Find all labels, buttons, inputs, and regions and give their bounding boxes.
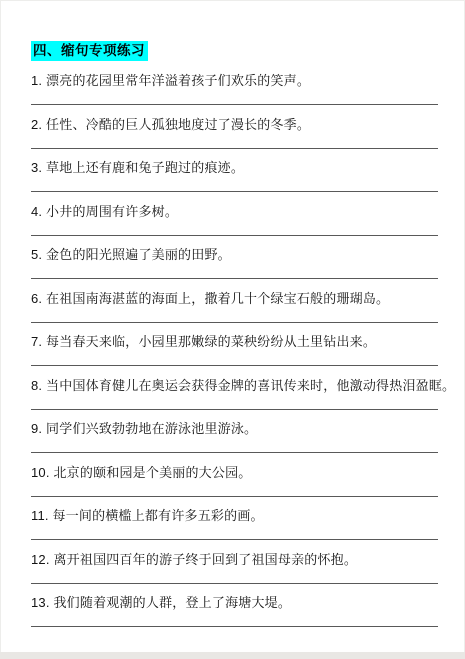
- exercise-item: 4. 小井的周围有许多树。: [31, 203, 464, 236]
- exercise-sentence: 10. 北京的颐和园是个美丽的大公园。: [31, 464, 464, 481]
- exercise-sentence: 7. 每当春天来临，小园里那嫩绿的菜秧纷纷从土里钻出来。: [31, 333, 464, 350]
- exercise-sentence: 9. 同学们兴致勃勃地在游泳池里游泳。: [31, 420, 464, 437]
- document-viewport: { "title": { "text": "四、缩句专项练习", "highli…: [0, 0, 465, 659]
- exercise-sentence: 3. 草地上还有鹿和兔子跑过的痕迹。: [31, 159, 464, 176]
- exercise-item: 8. 当中国体育健儿在奥运会获得金牌的喜讯传来时，他激动得热泪盈眶。: [31, 377, 464, 410]
- page-content: 四、缩句专项练习 1. 漂亮的花园里常年洋溢着孩子们欢乐的笑声。 2. 任性、冷…: [1, 1, 464, 627]
- answer-line: [31, 539, 438, 540]
- exercise-sentence: 12. 离开祖国四百年的游子终于回到了祖国母亲的怀抱。: [31, 551, 464, 568]
- answer-line: [31, 322, 438, 323]
- exercise-sentence: 5. 金色的阳光照遍了美丽的田野。: [31, 246, 464, 263]
- answer-line: [31, 626, 438, 627]
- exercise-item: 13. 我们随着观潮的人群，登上了海塘大堤。: [31, 594, 464, 627]
- answer-line: [31, 148, 438, 149]
- exercise-sentence: 8. 当中国体育健儿在奥运会获得金牌的喜讯传来时，他激动得热泪盈眶。: [31, 377, 464, 394]
- answer-line: [31, 235, 438, 236]
- exercise-sentence: 13. 我们随着观潮的人群，登上了海塘大堤。: [31, 594, 464, 611]
- section-title: 四、缩句专项练习: [31, 41, 148, 61]
- exercise-list: 1. 漂亮的花园里常年洋溢着孩子们欢乐的笑声。 2. 任性、冷酷的巨人孤独地度过…: [31, 72, 464, 627]
- worksheet-page: 四、缩句专项练习 1. 漂亮的花园里常年洋溢着孩子们欢乐的笑声。 2. 任性、冷…: [0, 0, 465, 652]
- answer-line: [31, 409, 438, 410]
- exercise-item: 7. 每当春天来临，小园里那嫩绿的菜秧纷纷从土里钻出来。: [31, 333, 464, 366]
- answer-line: [31, 278, 438, 279]
- answer-line: [31, 365, 438, 366]
- exercise-item: 6. 在祖国南海湛蓝的海面上，撒着几十个绿宝石般的珊瑚岛。: [31, 290, 464, 323]
- exercise-item: 12. 离开祖国四百年的游子终于回到了祖国母亲的怀抱。: [31, 551, 464, 584]
- answer-line: [31, 104, 438, 105]
- exercise-sentence: 2. 任性、冷酷的巨人孤独地度过了漫长的冬季。: [31, 116, 464, 133]
- exercise-item: 11. 每一间的横槛上都有许多五彩的画。: [31, 507, 464, 540]
- exercise-item: 3. 草地上还有鹿和兔子跑过的痕迹。: [31, 159, 464, 192]
- exercise-sentence: 6. 在祖国南海湛蓝的海面上，撒着几十个绿宝石般的珊瑚岛。: [31, 290, 464, 307]
- exercise-item: 10. 北京的颐和园是个美丽的大公园。: [31, 464, 464, 497]
- answer-line: [31, 496, 438, 497]
- section-title-row: 四、缩句专项练习: [31, 34, 464, 62]
- answer-line: [31, 583, 438, 584]
- answer-line: [31, 452, 438, 453]
- exercise-item: 1. 漂亮的花园里常年洋溢着孩子们欢乐的笑声。: [31, 72, 464, 105]
- exercise-sentence: 11. 每一间的横槛上都有许多五彩的画。: [31, 507, 464, 524]
- exercise-sentence: 4. 小井的周围有许多树。: [31, 203, 464, 220]
- exercise-item: 2. 任性、冷酷的巨人孤独地度过了漫长的冬季。: [31, 116, 464, 149]
- exercise-item: 9. 同学们兴致勃勃地在游泳池里游泳。: [31, 420, 464, 453]
- exercise-sentence: 1. 漂亮的花园里常年洋溢着孩子们欢乐的笑声。: [31, 72, 464, 89]
- exercise-item: 5. 金色的阳光照遍了美丽的田野。: [31, 246, 464, 279]
- answer-line: [31, 191, 438, 192]
